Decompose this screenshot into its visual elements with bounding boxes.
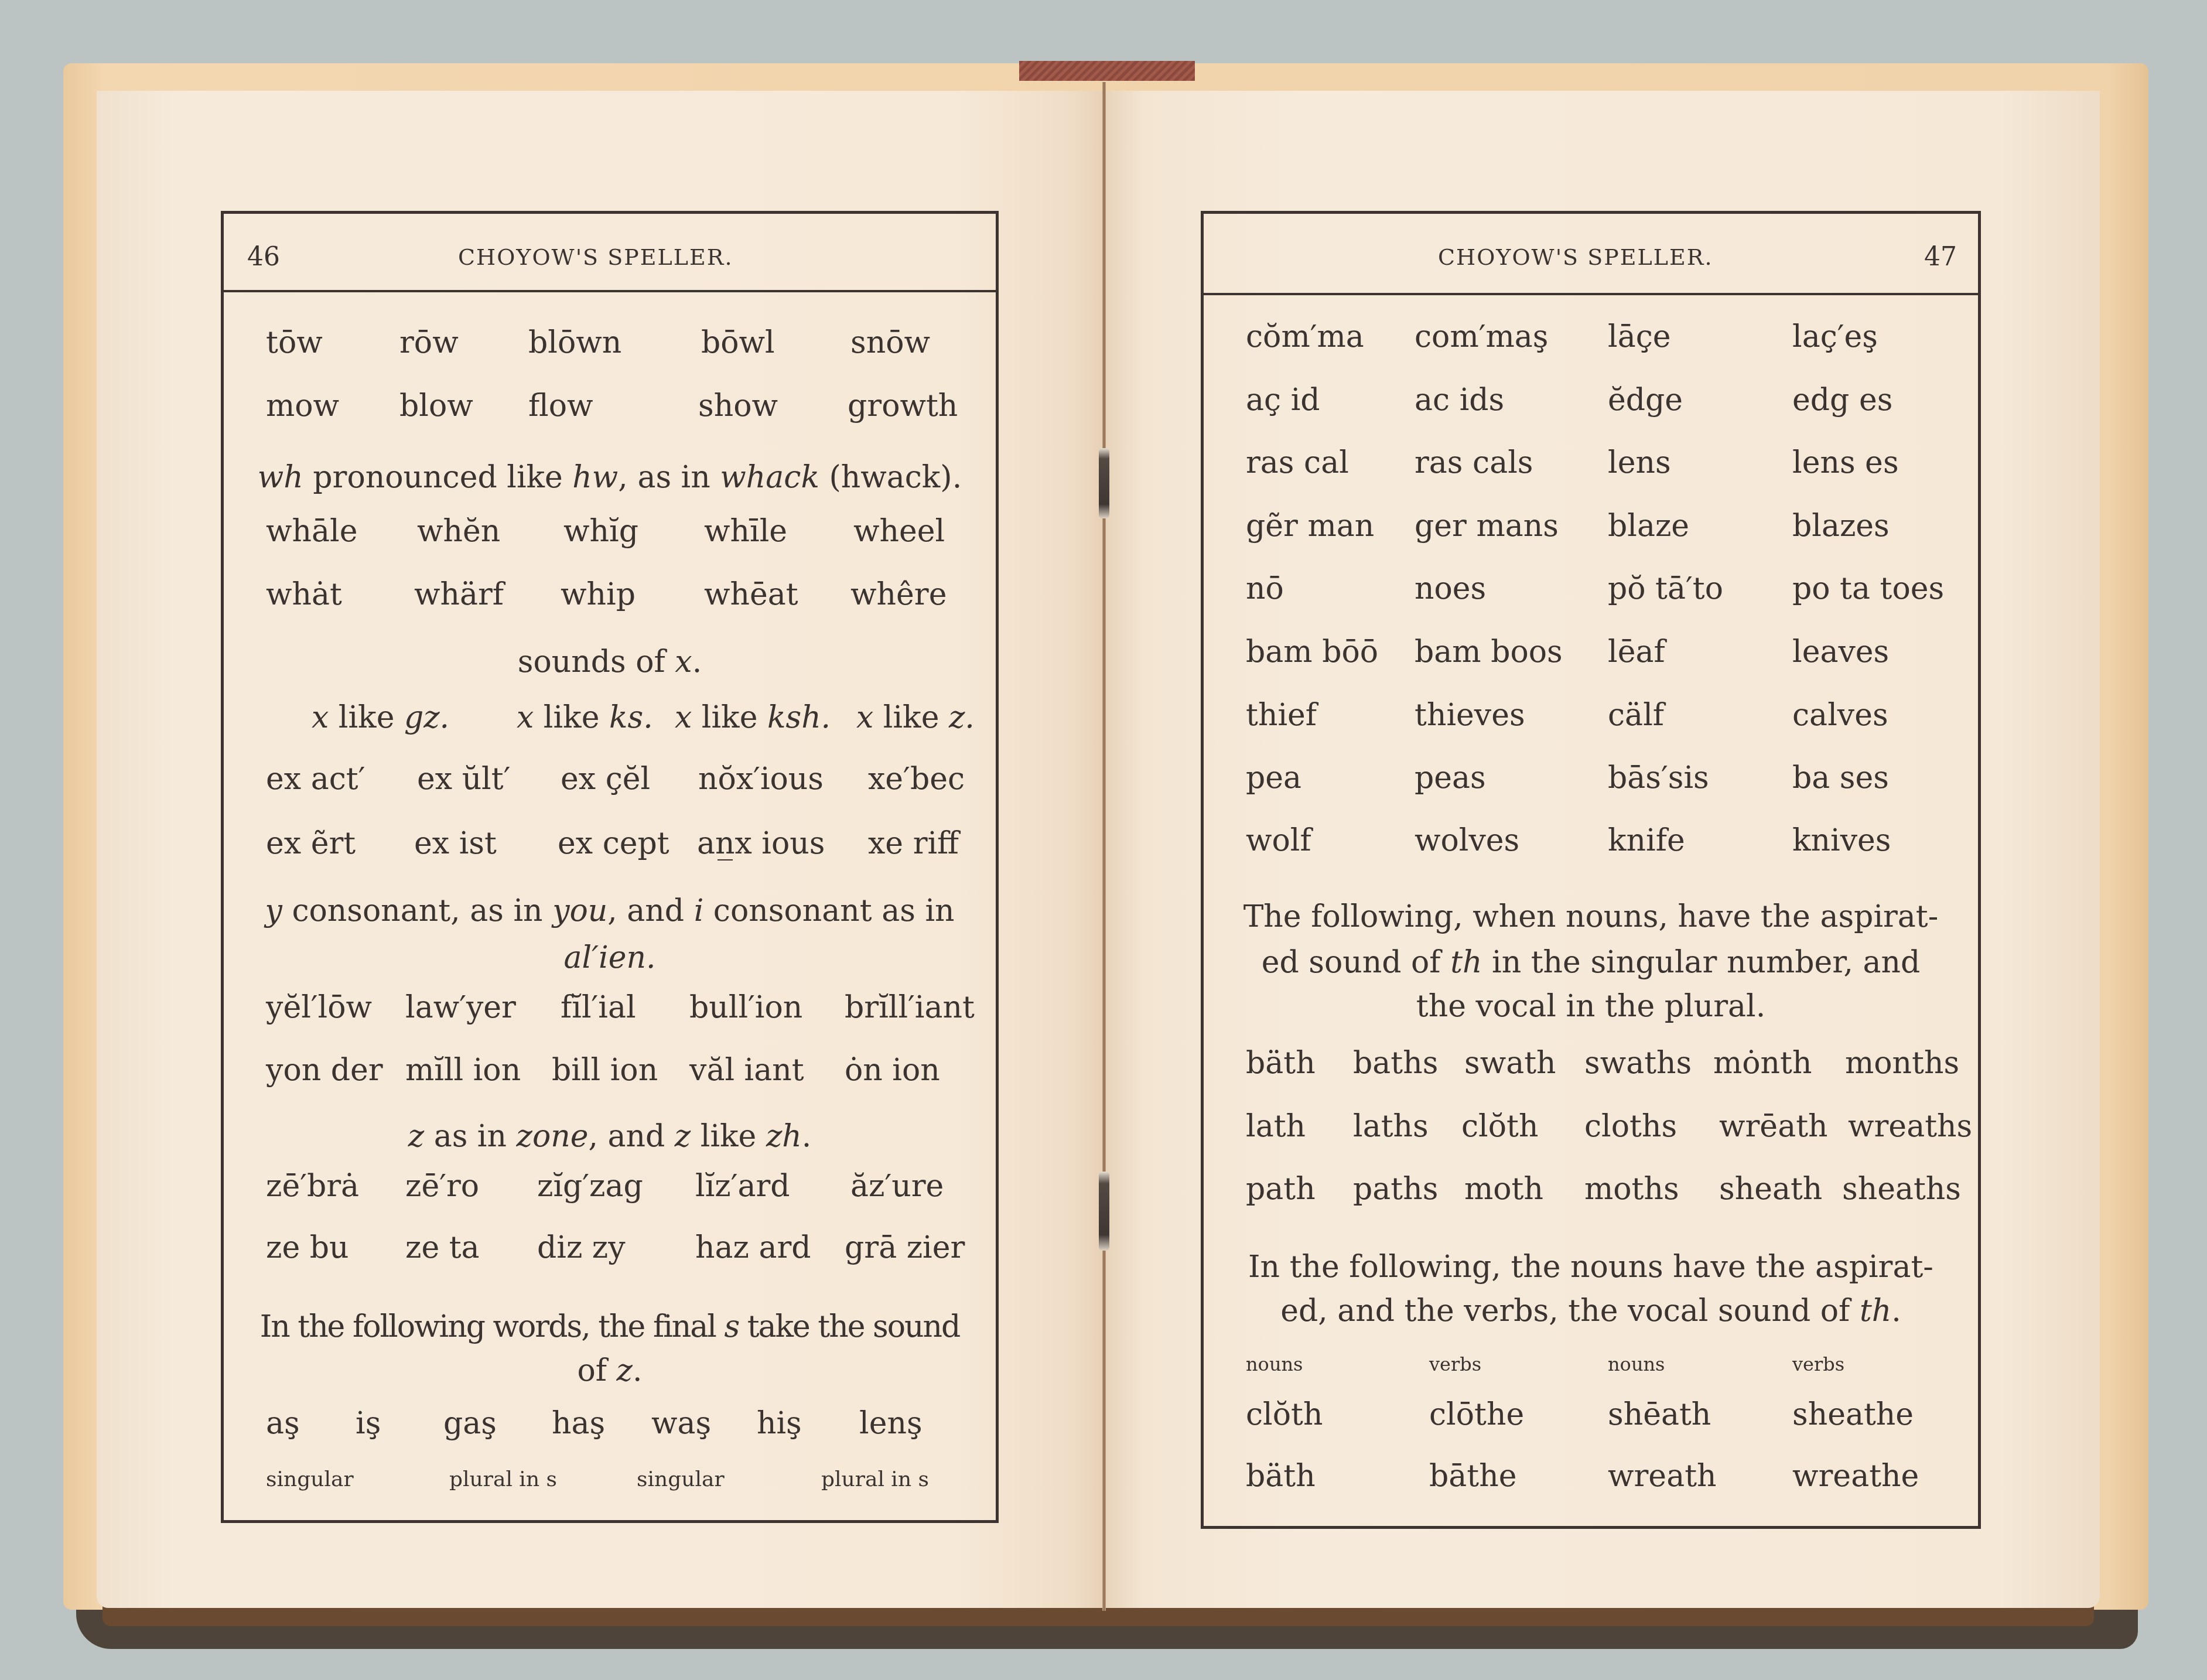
word: ex cept xyxy=(558,826,669,861)
note-italic: gz. xyxy=(404,700,449,735)
note-text: like xyxy=(873,700,949,735)
word: pea xyxy=(1246,760,1301,795)
note-text: . xyxy=(633,1353,643,1388)
note-italic: x xyxy=(517,700,534,735)
right-page-frame: CHOYOW'S SPELLER. 47 cŏm′ma com′maş lāçe… xyxy=(1201,211,1981,1529)
note-italic: you xyxy=(552,893,607,928)
note-text: of xyxy=(577,1353,616,1388)
word: clŏth xyxy=(1461,1109,1538,1144)
column-label: nouns xyxy=(1608,1353,1665,1375)
note-italic: z xyxy=(408,1119,424,1154)
word: fĭl′ial xyxy=(561,990,636,1025)
word: whĕn xyxy=(417,514,500,549)
note-text: in the singular number, and xyxy=(1482,945,1921,980)
label: singular xyxy=(266,1467,354,1491)
y-note-line2: al′ien. xyxy=(224,940,996,975)
word: wrēath xyxy=(1719,1109,1828,1144)
word: lenş xyxy=(859,1406,923,1441)
word: mĭll ion xyxy=(405,1053,521,1088)
note-text: . xyxy=(1891,1293,1901,1329)
wh-note: wh pronounced like hw, as in whack (hwac… xyxy=(224,460,996,495)
word: laths xyxy=(1353,1109,1429,1144)
note-text: the vocal in the plural. xyxy=(1416,989,1765,1024)
note-text: ed sound of xyxy=(1262,945,1450,980)
word: bull′ion xyxy=(689,990,802,1025)
note-text: (hwack). xyxy=(819,460,962,495)
note-italic: hw xyxy=(572,460,618,495)
note-italic: x xyxy=(312,700,329,735)
note-italic: ks. xyxy=(609,700,653,735)
word: yĕl′lōw xyxy=(266,990,372,1025)
word: flow xyxy=(528,388,593,424)
y-note: y consonant, as in you, and i consonant … xyxy=(224,893,996,928)
note-text: In the following words, the final xyxy=(260,1309,725,1344)
word: wreath xyxy=(1608,1459,1717,1494)
word: ze ta xyxy=(405,1230,480,1265)
word: mow xyxy=(266,388,339,424)
word: wheel xyxy=(853,514,945,549)
s-note: In the following words, the final s take… xyxy=(224,1309,996,1344)
word: xe riff xyxy=(868,826,959,861)
running-head: CHOYOW'S SPELLER. xyxy=(1438,244,1713,270)
word: lens xyxy=(1608,445,1671,480)
word: sheath xyxy=(1719,1172,1822,1207)
word: ba ses xyxy=(1792,760,1889,795)
word: haz ard xyxy=(695,1230,811,1265)
note-italic: wh xyxy=(258,460,303,495)
word: moth xyxy=(1464,1172,1543,1207)
note-italic: z xyxy=(617,1353,633,1388)
binding-staple-bottom xyxy=(1099,1172,1109,1251)
note-text: like xyxy=(329,700,404,735)
word: whēat xyxy=(704,577,798,612)
word: waş xyxy=(651,1406,711,1441)
note-italic: s xyxy=(724,1309,739,1344)
word: ĕdge xyxy=(1608,383,1683,418)
word: po ta toes xyxy=(1792,571,1944,606)
page-number: 47 xyxy=(1924,242,1957,272)
word: path xyxy=(1246,1172,1316,1207)
word: swaths xyxy=(1584,1046,1692,1081)
word: whĭg xyxy=(563,514,638,549)
word: thieves xyxy=(1415,698,1525,733)
word: bam bōō xyxy=(1246,634,1378,670)
word: thief xyxy=(1246,698,1317,733)
word: cloths xyxy=(1584,1109,1677,1144)
note-italic: z. xyxy=(949,700,975,735)
word: zĭg′zag xyxy=(537,1169,643,1204)
word: knife xyxy=(1608,823,1685,858)
word: aş xyxy=(266,1406,300,1441)
word: sheathe xyxy=(1792,1397,1914,1432)
word: ex ẽrt xyxy=(266,826,356,861)
word: wreaths xyxy=(1848,1109,1972,1144)
note-italic: y xyxy=(265,893,282,928)
note-italic: i xyxy=(694,893,704,928)
column-label: verbs xyxy=(1429,1353,1481,1375)
word: gaş xyxy=(443,1406,497,1441)
word: xe′bec xyxy=(868,762,965,797)
word: lens es xyxy=(1792,445,1899,480)
word: nŏx′ious xyxy=(698,762,824,797)
label: plural in s xyxy=(821,1467,929,1491)
note-text: consonant, as in xyxy=(282,893,552,928)
note-text: , and xyxy=(607,893,693,928)
note-italic: whack xyxy=(720,460,819,495)
word: growth xyxy=(848,388,958,424)
word: clŏth xyxy=(1246,1397,1323,1432)
word: swath xyxy=(1464,1046,1556,1081)
word: an̲x ious xyxy=(697,826,825,861)
word: wolf xyxy=(1246,823,1311,858)
word: mȯnth xyxy=(1713,1046,1812,1081)
word: pŏ tā′to xyxy=(1608,571,1723,606)
word: whip xyxy=(561,577,636,612)
word: lath xyxy=(1246,1109,1306,1144)
page-number: 46 xyxy=(247,242,280,272)
note-text: pronounced like xyxy=(303,460,573,495)
note-italic: zone xyxy=(517,1119,589,1154)
note-italic: x xyxy=(856,700,873,735)
th-note-line2: ed sound of th in the singular number, a… xyxy=(1204,945,1978,980)
word: shēath xyxy=(1608,1397,1711,1432)
word: bill ion xyxy=(552,1053,658,1088)
word: grā zier xyxy=(845,1230,965,1265)
word: nō xyxy=(1246,571,1284,606)
note-text: , and xyxy=(588,1119,674,1154)
word: ac ids xyxy=(1415,383,1504,418)
word: lēaf xyxy=(1608,634,1665,670)
note-text: like xyxy=(691,1119,766,1154)
column-label: nouns xyxy=(1246,1353,1303,1375)
word: hiş xyxy=(757,1406,802,1441)
word: ras cals xyxy=(1415,445,1533,480)
x-heading: sounds of x. xyxy=(224,644,996,679)
word: tōw xyxy=(266,325,323,360)
note-italic: al′ien. xyxy=(564,940,656,975)
column-label: verbs xyxy=(1792,1353,1844,1375)
binding-staple-top xyxy=(1099,448,1109,518)
word: whȧt xyxy=(266,577,342,612)
note-text: like xyxy=(692,700,767,735)
word: blōwn xyxy=(528,325,621,360)
word: bam boos xyxy=(1415,634,1563,670)
word: ex çĕl xyxy=(561,762,650,797)
word: clōthe xyxy=(1429,1397,1524,1432)
spine-headband xyxy=(1019,61,1195,81)
note-text: . xyxy=(802,1119,812,1154)
word: laç′eş xyxy=(1792,319,1878,354)
note-text: take the sound xyxy=(739,1309,959,1344)
note-text: ed, and the verbs, the vocal sound of xyxy=(1280,1293,1860,1329)
word: leaves xyxy=(1792,634,1889,670)
note-text: In the following, the nouns have the asp… xyxy=(1248,1249,1933,1285)
word: wreathe xyxy=(1792,1459,1919,1494)
word: baths xyxy=(1353,1046,1438,1081)
note-italic: th xyxy=(1860,1293,1891,1329)
word: show xyxy=(698,388,778,424)
word: blow xyxy=(399,388,473,424)
word: bās′sis xyxy=(1608,760,1709,795)
note-italic: ksh. xyxy=(767,700,831,735)
word: bāthe xyxy=(1429,1459,1516,1494)
label: singular xyxy=(637,1467,725,1491)
label: plural in s xyxy=(449,1467,557,1491)
word: whāle xyxy=(266,514,357,549)
note-text: . xyxy=(692,644,702,679)
note-italic: th xyxy=(1450,945,1482,980)
word: blazes xyxy=(1792,508,1890,544)
word: whärf xyxy=(414,577,504,612)
word: law′yer xyxy=(405,990,516,1025)
gutter-fold xyxy=(1102,82,1106,1611)
word: whêre xyxy=(850,577,947,612)
word: lāçe xyxy=(1608,319,1671,354)
word: paths xyxy=(1353,1172,1438,1207)
word: văl iant xyxy=(689,1053,804,1088)
note-text: The following, when nouns, have the aspi… xyxy=(1243,899,1939,934)
word: sheaths xyxy=(1842,1172,1961,1207)
word: rōw xyxy=(399,325,459,360)
word: months xyxy=(1845,1046,1959,1081)
word: lĭz′ard xyxy=(695,1169,790,1204)
word: ex ŭlt′ xyxy=(417,762,510,797)
note-italic: x xyxy=(675,700,692,735)
note-text: consonant as in xyxy=(703,893,954,928)
word: calves xyxy=(1792,698,1888,733)
word: snōw xyxy=(850,325,930,360)
word: ex ist xyxy=(414,826,497,861)
word: diz zy xyxy=(537,1230,626,1265)
word: zē′brȧ xyxy=(266,1169,359,1204)
word: noes xyxy=(1415,571,1486,606)
word: haş xyxy=(552,1406,605,1441)
word: ăz′ure xyxy=(850,1169,944,1204)
note-italic: x xyxy=(675,644,692,679)
note-italic: zh xyxy=(766,1119,802,1154)
word: gẽr man xyxy=(1246,508,1374,544)
s-note-line2: of z. xyxy=(224,1353,996,1388)
right-page-header: CHOYOW'S SPELLER. 47 xyxy=(1204,214,1978,295)
word: iş xyxy=(356,1406,381,1441)
note-text: as in xyxy=(424,1119,516,1154)
word: ȯn ion xyxy=(845,1053,940,1088)
word: aç id xyxy=(1246,383,1320,418)
word: peas xyxy=(1415,760,1486,795)
word: com′maş xyxy=(1415,319,1549,354)
word: blaze xyxy=(1608,508,1689,544)
note-text: , as in xyxy=(618,460,720,495)
running-head: CHOYOW'S SPELLER. xyxy=(458,244,733,270)
left-page-frame: 46 CHOYOW'S SPELLER. tōw rōw blōwn bōwl … xyxy=(221,211,999,1523)
note-text: like xyxy=(534,700,609,735)
th-note-line3: the vocal in the plural. xyxy=(1204,989,1978,1024)
th-note-line1: The following, when nouns, have the aspi… xyxy=(1204,899,1978,934)
word: wolves xyxy=(1415,823,1519,858)
word: ras cal xyxy=(1246,445,1349,480)
word: ger mans xyxy=(1415,508,1559,544)
word: bäth xyxy=(1246,1046,1316,1081)
word: ze bu xyxy=(266,1230,349,1265)
word: cŏm′ma xyxy=(1246,319,1364,354)
word: yon der xyxy=(266,1053,383,1088)
note-italic: z xyxy=(675,1119,691,1154)
verb-note-line2: ed, and the verbs, the vocal sound of th… xyxy=(1204,1293,1978,1329)
word: zē′ro xyxy=(405,1169,479,1204)
note-text: sounds of xyxy=(518,644,675,679)
word: edg es xyxy=(1792,383,1892,418)
word: brĭll′iant xyxy=(845,990,975,1025)
verb-note-line1: In the following, the nouns have the asp… xyxy=(1204,1249,1978,1285)
word: bäth xyxy=(1246,1459,1316,1494)
left-page-header: 46 CHOYOW'S SPELLER. xyxy=(224,214,996,292)
word: whīle xyxy=(704,514,787,549)
z-note: z as in zone, and z like zh. xyxy=(224,1119,996,1154)
word: ex act′ xyxy=(266,762,365,797)
word: bōwl xyxy=(701,325,775,360)
word: knives xyxy=(1792,823,1891,858)
word: cälf xyxy=(1608,698,1664,733)
word: moths xyxy=(1584,1172,1679,1207)
